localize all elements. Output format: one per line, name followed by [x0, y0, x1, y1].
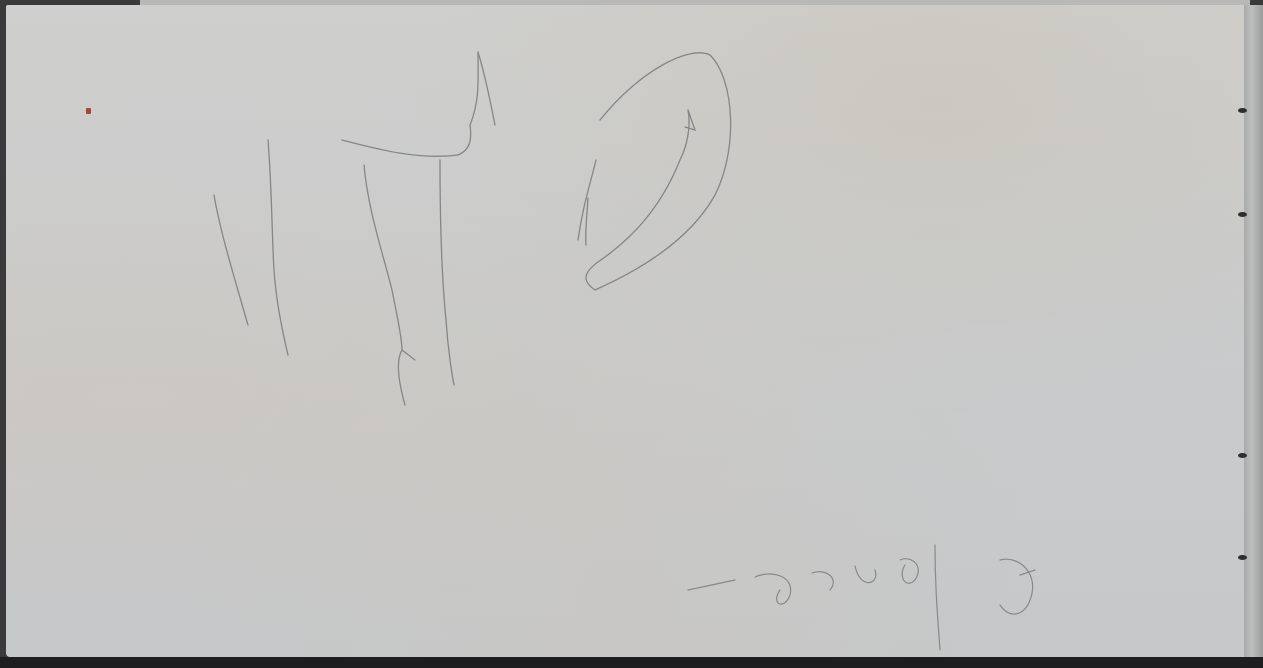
inscription-text [0, 0, 1263, 668]
